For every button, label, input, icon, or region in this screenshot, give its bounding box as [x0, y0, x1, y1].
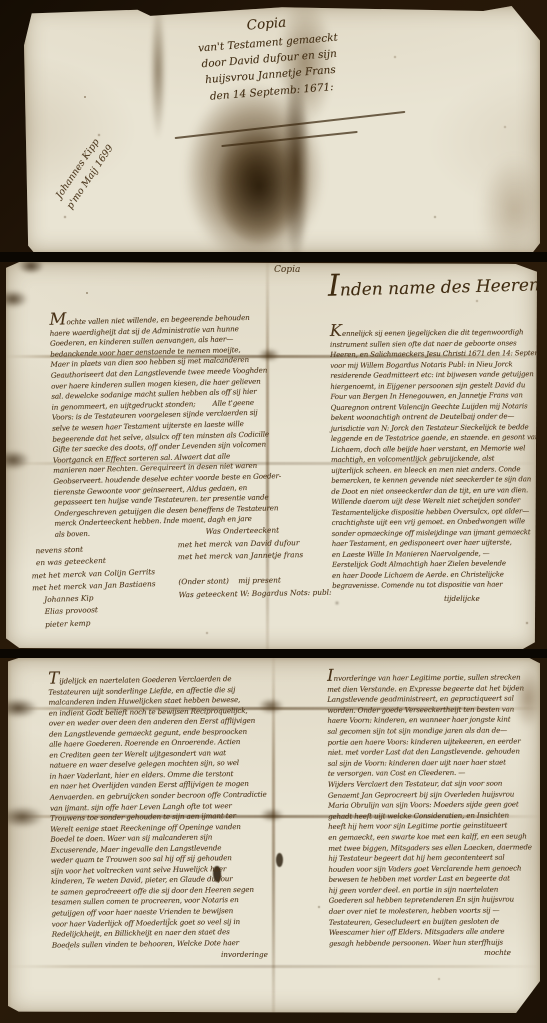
catchword: tijdelijcke [444, 594, 480, 603]
ink-stain [479, 156, 540, 253]
manuscript-photo: Copiavan't Testament gemaecktdoor David … [0, 0, 547, 1023]
ink-stain [184, 84, 324, 253]
testament-page-opening-text: Kennelijck sij eenen ijegelijcken die di… [330, 325, 537, 591]
catchword: mochte [484, 948, 511, 957]
text-line: haere Voorn: kinderen, en wanneer haer j… [327, 715, 540, 727]
bottom-spread-panel: Tijdelijck en naertelaten Goederen Vercl… [8, 658, 540, 1013]
text-line: Invorderinge van haer Legitime portie, s… [327, 669, 540, 684]
invocation-heading: Inden name des Heeren Amen [328, 275, 537, 301]
catchword: invorderinge [221, 950, 268, 959]
text-line: gehadt heeft uijt welcke Consideratien, … [328, 810, 540, 822]
copia-corner-label: Copia [274, 265, 300, 275]
cover-panel: Copiavan't Testament gemaecktdoor David … [24, 6, 540, 253]
dirt-specks [86, 292, 88, 294]
text-line: en gemaeckt, een swarte koe met een kalf… [328, 831, 540, 843]
text-line: begravenisse. Comende nu tot dispositie … [332, 579, 537, 591]
text-line: Goederen sal hebben tepretenderen En sij… [329, 895, 540, 907]
testament-page-closing-text: Mochte vallen niet willende, en begeeren… [49, 309, 278, 540]
text-line: Kennelijck sij eenen ijegelijcken die di… [330, 325, 537, 339]
text-line: niet. met vorder Last dat den Langstleve… [328, 746, 540, 758]
text-line: met twee biggen, Mitsgaders ses ellen La… [328, 842, 540, 854]
pen-flourish-line [175, 111, 406, 139]
ink-stain [6, 290, 28, 308]
middle-spread-panel: Copia Mochte vallen niet willende, en be… [6, 262, 537, 650]
cover-title: Copiavan't Testament gemaecktdoor David … [126, 6, 412, 111]
ink-stain [18, 262, 44, 274]
text-line: p'mo Maij 1699 [35, 100, 146, 253]
bequest-page-left-text: Tijdelijck en naertelaten Goederen Vercl… [48, 670, 282, 950]
dirt-specks [84, 96, 86, 98]
text-line: haer Testament, en gedisponeert over hae… [332, 537, 537, 549]
text-line: Johannes Kipp [24, 92, 133, 246]
pen-flourish-line [221, 131, 357, 147]
archival-owner-note: Johannes Kippp'mo Maij 1699 [24, 92, 146, 253]
invocation-heading-main: Inden name des Heeren [328, 275, 537, 301]
bequest-page-right-text: Invorderinge van haer Legitime portie, s… [327, 669, 540, 949]
text-line: Boedels sullen vinden te behooren, Welck… [52, 937, 282, 951]
panel-gap [0, 252, 547, 262]
panel-gap [0, 649, 547, 658]
text-line: bewesen te hebben met vorder Last en beg… [328, 874, 540, 886]
ink-stain [6, 450, 30, 470]
fold-crease [8, 965, 540, 968]
